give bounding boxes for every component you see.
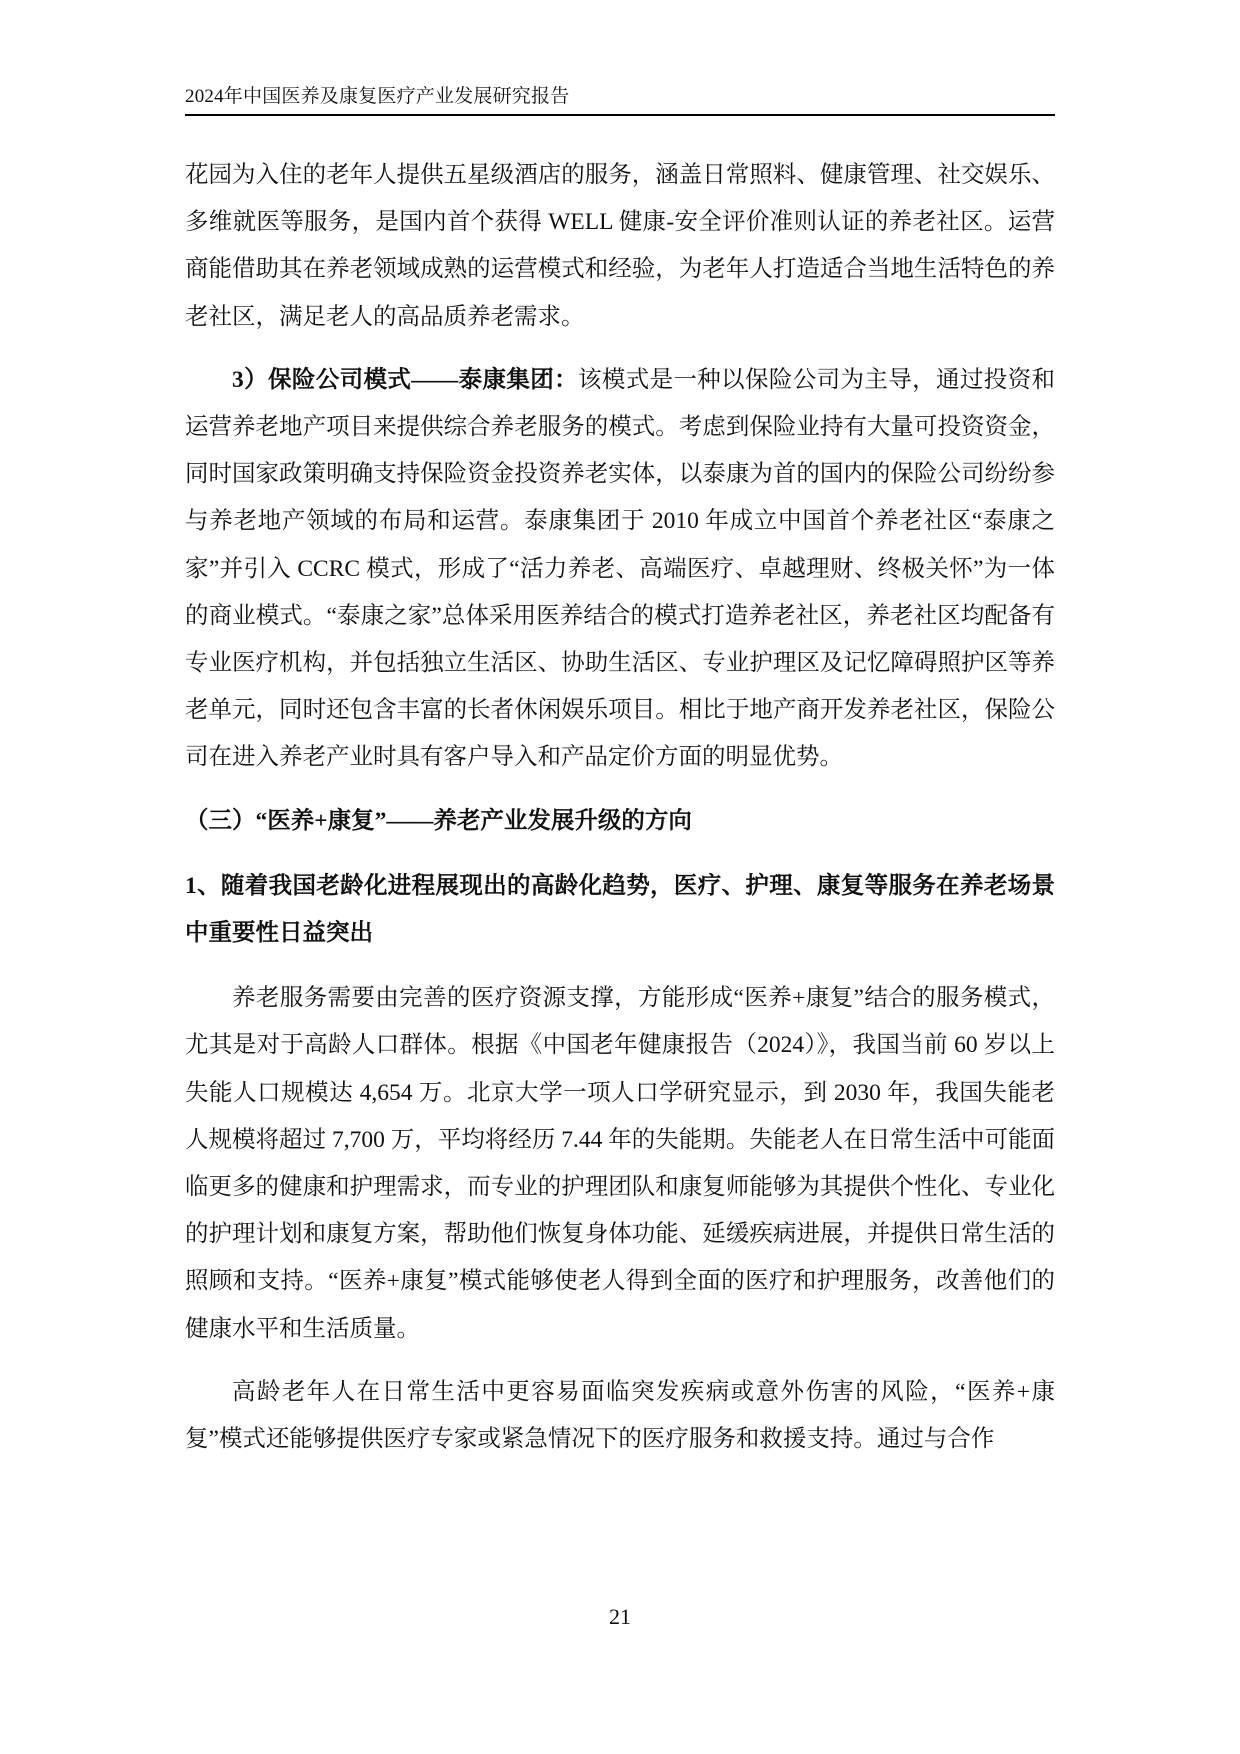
paragraph-emergency-support: 高龄老年人在日常生活中更容易面临突发疾病或意外伤害的风险，“医养+康复”模式还能… xyxy=(185,1369,1055,1463)
paragraph-spacer xyxy=(185,341,1055,357)
paragraph-spacer xyxy=(185,782,1055,798)
insurance-model-body: 该模式是一种以保险公司为主导，通过投资和运营养老地产项目来提供综合养老服务的模式… xyxy=(185,367,1055,771)
subsection-heading: 1、随着我国老龄化进程展现出的高龄化趋势，医疗、护理、康复等服务在养老场景中重要… xyxy=(185,863,1055,957)
document-body: 花园为入住的老年人提供五星级酒店的服务，涵盖日常照料、健康管理、社交娱乐、多维就… xyxy=(185,152,1055,1463)
heading-spacer xyxy=(185,845,1055,863)
insurance-model-lead: 3）保险公司模式——泰康集团： xyxy=(232,367,578,393)
paragraph-medical-support: 养老服务需要由完善的医疗资源支撑，方能形成“医养+康复”结合的服务模式，尤其是对… xyxy=(185,975,1055,1353)
report-title: 2024年中国医养及康复医疗产业发展研究报告 xyxy=(185,86,1055,108)
section-heading: （三）“医养+康复”——养老产业发展升级的方向 xyxy=(185,798,1055,845)
page-number: 21 xyxy=(0,1604,1240,1630)
paragraph-taikang-garden-continued: 花园为入住的老年人提供五星级酒店的服务，涵盖日常照料、健康管理、社交娱乐、多维就… xyxy=(185,152,1055,341)
paragraph-spacer xyxy=(185,1353,1055,1369)
heading-spacer xyxy=(185,957,1055,975)
page-header: 2024年中国医养及康复医疗产业发展研究报告 xyxy=(185,86,1055,116)
paragraph-insurance-model: 3）保险公司模式——泰康集团：该模式是一种以保险公司为主导，通过投资和运营养老地… xyxy=(185,357,1055,782)
